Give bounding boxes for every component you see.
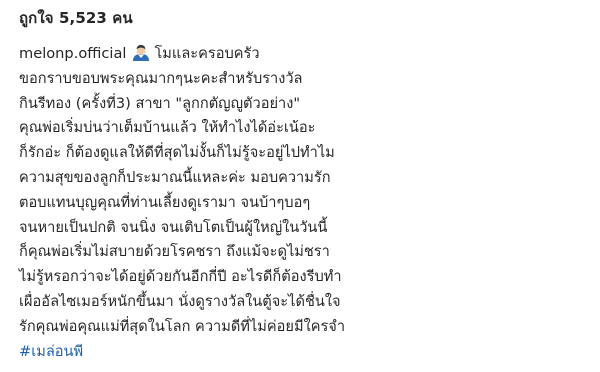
- caption-line: เผื่ออัลไซเมอร์หนักขึ้นมา นั่งดูรางวัลใน…: [19, 290, 589, 315]
- caption-line: ความสุขของลูกก็ประมาณนี้แหละค่ะ มอบความร…: [19, 166, 589, 191]
- caption-line: ขอกราบขอบพระคุณมากๆนะคะสำหรับรางวัล: [19, 67, 589, 92]
- caption-line: คุณพ่อเริ่มบ่นว่าเต็มบ้านแล้ว ให้ทำไงได้…: [19, 116, 589, 141]
- caption-line: ก็คุณพ่อเริ่มไม่สบายด้วยโรคชรา ถึงแม้จะด…: [19, 240, 589, 265]
- person-in-distress-emoji-icon: [132, 44, 150, 61]
- username-link[interactable]: melonp.official: [19, 45, 126, 62]
- caption-line: ก็รักอ่ะ ก็ต้องดูแลให้ดีที่สุดไม่งั้นก็ไ…: [19, 141, 589, 166]
- caption-header-line: melonp.official โมและครอบครัว: [19, 42, 589, 67]
- caption-line: จนหายเป็นปกติ จนนิ่ง จนเติบโตเป็นผู้ใหญ่…: [19, 216, 589, 241]
- post-caption: melonp.official โมและครอบครัว ขอกราบขอบพ…: [19, 42, 589, 364]
- likes-count[interactable]: ถูกใจ 5,523 คน: [19, 6, 133, 30]
- hashtag-link[interactable]: #เมล่อนพี: [19, 343, 83, 360]
- caption-line: กินรีทอง (ครั้งที่3) สาขา "ลูกกตัญญูตัวอ…: [19, 92, 589, 117]
- caption-line: โมและครอบครัว: [154, 45, 259, 62]
- caption-line: ตอบแทนบุญคุณที่ท่านเลี้ยงดูเรามา จนบ้าๆบ…: [19, 191, 589, 216]
- caption-line: รักคุณพ่อคุณแม่ที่สุดในโลก ความดีที่ไม่ค…: [19, 315, 589, 340]
- caption-line: ไม่รู้หรอกว่าจะได้อยู่ด้วยกันอีกกี่ปี อะ…: [19, 265, 589, 290]
